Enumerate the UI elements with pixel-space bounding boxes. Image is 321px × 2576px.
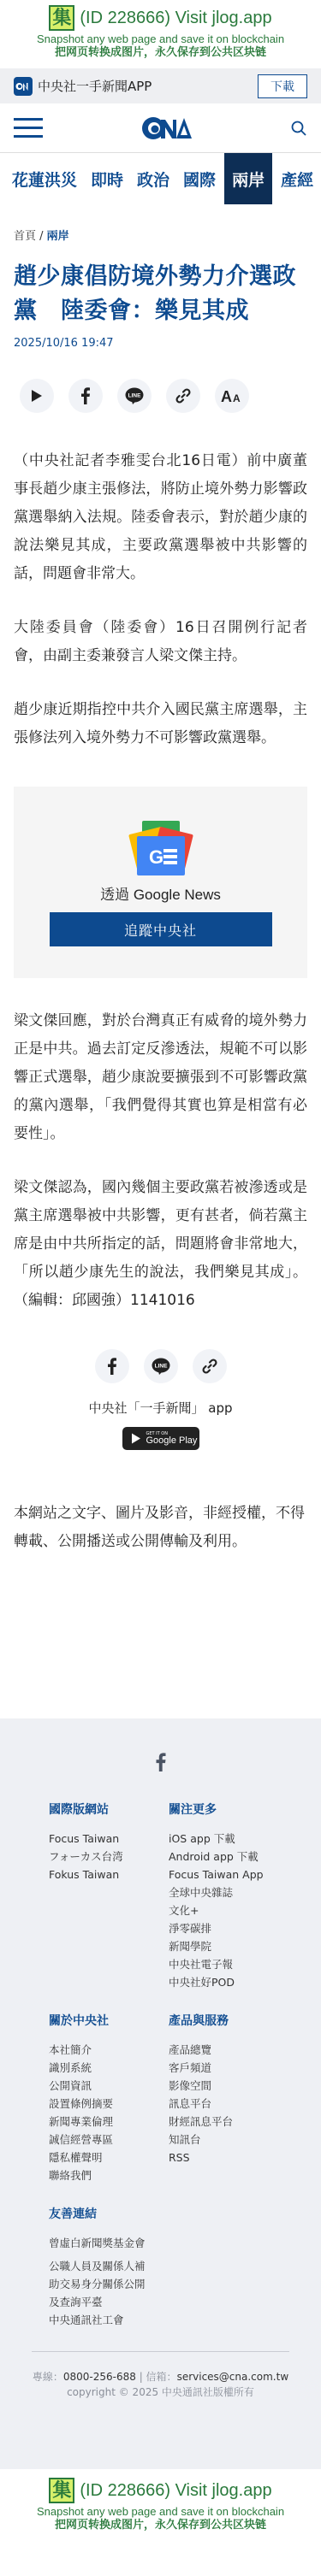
footer-divider (32, 2351, 289, 2352)
footer-link[interactable]: 全球中央雜誌 (169, 1883, 288, 1901)
footer-contact-line: 專線：0800-256-688 | 信箱：services@cna.com.tw (0, 2369, 321, 2384)
cna-logo[interactable] (142, 115, 192, 142)
article-paragraph: 大陸委員會（陸委會）16日召開例行記者會，由副主委兼發言人梁文傑主持。 (14, 614, 307, 670)
jlog-id-text: (ID 228666) Visit jlog.app (80, 2478, 271, 2503)
footer-link[interactable]: 中央社電子報 (169, 1955, 288, 1973)
footer-link[interactable]: 公職人員及關係人補助交易身分關係公開及查詢平臺 (49, 2257, 152, 2311)
font-size-button[interactable]: AA (215, 379, 249, 413)
footer-link[interactable]: 中央社好POD (169, 1973, 288, 1991)
footer-link[interactable]: 誠信經營專區 (49, 2131, 169, 2149)
footer-col-title: 關於中央社 (49, 2012, 169, 2029)
footer-col-follow-more: 關注更多 iOS app 下載 Android app 下載 Focus Tai… (169, 1801, 288, 1991)
article-paragraph: （中央社記者李雅雯台北16日電）前中廣董事長趙少康主張修法，將防止境外勢力影響政… (14, 447, 307, 588)
footer-link[interactable]: 中央通訊社工會 (49, 2311, 152, 2329)
footer-link[interactable]: 新聞學院 (169, 1937, 288, 1955)
footer-link[interactable]: 本社簡介 (49, 2041, 169, 2059)
google-play-text: GET IT ON Google Play (146, 1432, 198, 1446)
footer-col-about: 關於中央社 本社簡介 識別系統 公開資訊 設置條例摘要 新聞專業倫理 誠信經營專… (49, 2012, 169, 2184)
footer-link[interactable]: 知訊台 (169, 2131, 288, 2149)
article: 首頁 / 兩岸 趙少康倡防境外勢力介選政黨 陸委會：樂見其成 2025/10/1… (0, 227, 321, 1556)
bottom-share-bar: LINE (14, 1349, 307, 1383)
hotline-number[interactable]: 0800-256-688 (63, 2371, 136, 2383)
site-footer: 國際版網站 Focus Taiwan フォーカス台湾 Fokus Taiwan … (0, 1718, 321, 2469)
share-line-button[interactable]: LINE (117, 379, 152, 413)
footer-link[interactable]: 新聞專業倫理 (49, 2113, 169, 2131)
footer-link[interactable]: iOS app 下載 (169, 1830, 288, 1848)
cna-app-icon (14, 77, 33, 96)
article-paragraph: 梁文傑回應，對於台灣真正有威脅的境外勢力正是中共。過去訂定反滲透法，規範不可以影… (14, 1007, 307, 1148)
svg-text:G: G (149, 846, 163, 868)
footer-link[interactable]: RSS (169, 2149, 288, 2166)
nav-tab-industry[interactable]: 產經 (276, 153, 318, 204)
link-icon (202, 1359, 217, 1374)
category-nav: 花蓮洪災 即時 政治 國際 兩岸 產經 (0, 153, 321, 204)
footer-link[interactable]: 產品總覽 (169, 2041, 288, 2059)
footer-col-title: 產品與服務 (169, 2012, 288, 2029)
google-news-follow-box: G 透過 Google News 追蹤中央社 (14, 787, 307, 978)
footer-col-title: 友善連結 (49, 2205, 152, 2222)
article-paragraph: 趙少康近期指控中共介入國民黨主席選舉，主張修法列入境外勢力不可影響政黨選舉。 (14, 696, 307, 752)
jlog-banner-bottom[interactable]: 集 (ID 228666) Visit jlog.app Snapshot an… (0, 2469, 321, 2538)
mail-label: 信箱： (146, 2371, 177, 2383)
footer-link[interactable]: 曾虛白新聞獎基金會 (49, 2234, 152, 2252)
footer-link[interactable]: 公開資訊 (49, 2077, 169, 2095)
jlog-tagline-en: Snapshot any web page and save it on blo… (0, 32, 321, 46)
search-icon[interactable] (290, 120, 307, 137)
app-name: 中央社一手新聞APP (38, 77, 258, 95)
line-icon: LINE (152, 1358, 170, 1375)
google-play-big: Google Play (146, 1436, 198, 1446)
footer-col-title: 國際版網站 (49, 1801, 169, 1818)
footer-link[interactable]: 客戶頻道 (169, 2059, 288, 2077)
svg-text:A: A (233, 392, 241, 404)
footer-col-friendly-links: 友善連結 曾虛白新聞獎基金會 公職人員及關係人補助交易身分關係公開及查詢平臺 中… (49, 2205, 152, 2329)
share-facebook-button[interactable] (68, 379, 103, 413)
app-download-bar: 中央社一手新聞APP 下載 (0, 68, 321, 103)
jlog-icon: 集 (49, 2478, 74, 2503)
site-header (0, 103, 321, 153)
app-promo-label: 中央社「一手新聞」 app (14, 1399, 307, 1417)
footer-col-international: 國際版網站 Focus Taiwan フォーカス台湾 Fokus Taiwan (49, 1801, 169, 1991)
facebook-icon (156, 1753, 166, 1771)
footer-link[interactable]: 識別系統 (49, 2059, 169, 2077)
footer-copyright: copyright © 2025 中央通訊社版權所有 (0, 2384, 321, 2400)
article-date: 2025/10/16 19:47 (14, 337, 307, 350)
footer-contact: 專線：0800-256-688 | 信箱：services@cna.com.tw… (0, 2369, 321, 2400)
download-app-button[interactable]: 下載 (258, 74, 307, 98)
jlog-line1-row: 集 (ID 228666) Visit jlog.app (0, 5, 321, 31)
nav-tab-realtime[interactable]: 即時 (86, 153, 128, 204)
nav-tab-cross-strait[interactable]: 兩岸 (224, 153, 272, 204)
footer-col-products: 產品與服務 產品總覽 客戶頻道 影像空間 訊息平台 財經訊息平台 知訊台 RSS (169, 2012, 288, 2184)
facebook-icon (81, 387, 90, 404)
contact-separator: | (136, 2371, 146, 2383)
google-play-icon (131, 1433, 141, 1444)
follow-cna-button[interactable]: 追蹤中央社 (50, 912, 272, 946)
mail-address[interactable]: services@cna.com.tw (177, 2371, 289, 2383)
breadcrumb-home[interactable]: 首頁 (14, 230, 36, 243)
copy-link-button[interactable] (166, 379, 200, 413)
google-play-badge[interactable]: GET IT ON Google Play (122, 1427, 199, 1450)
footer-link[interactable]: Fokus Taiwan (49, 1866, 169, 1883)
footer-col-title: 關注更多 (169, 1801, 288, 1818)
svg-text:LINE: LINE (154, 1364, 167, 1370)
footer-link[interactable]: 隱私權聲明 (49, 2149, 169, 2166)
nav-tab-international[interactable]: 國際 (178, 153, 221, 204)
article-toolbar: LINE AA (14, 379, 307, 413)
jlog-tagline-zh: 把网页转换成图片，永久保存到公共区块链 (0, 2519, 321, 2532)
jlog-tagline-zh: 把网页转换成图片，永久保存到公共区块链 (0, 46, 321, 60)
nav-tab-politics[interactable]: 政治 (132, 153, 175, 204)
svg-text:LINE: LINE (128, 393, 141, 399)
line-icon: LINE (125, 387, 144, 404)
jlog-tagline-en: Snapshot any web page and save it on blo… (0, 2505, 321, 2519)
play-audio-button[interactable] (20, 379, 54, 413)
footer-link[interactable]: フォーカス台湾 (49, 1848, 169, 1866)
google-news-text: 透過 Google News (100, 882, 221, 904)
hotline-label: 專線： (33, 2371, 63, 2383)
nav-tab-hualien-flood[interactable]: 花蓮洪災 (7, 153, 82, 204)
svg-text:A: A (221, 388, 232, 404)
article-title: 趙少康倡防境外勢力介選政黨 陸委會：樂見其成 (14, 260, 307, 328)
footer-link[interactable]: 訊息平台 (169, 2095, 288, 2113)
google-news-icon: G (128, 821, 193, 875)
footer-link[interactable]: 聯絡我們 (49, 2166, 169, 2184)
footer-link[interactable]: Focus Taiwan (49, 1830, 169, 1848)
share-facebook-button-bottom[interactable] (95, 1349, 129, 1383)
breadcrumb: 首頁 / 兩岸 (14, 227, 307, 243)
footer-link[interactable]: 財經訊息平台 (169, 2113, 288, 2131)
footer-link[interactable]: Android app 下載 (169, 1848, 288, 1866)
copy-link-button-bottom[interactable] (193, 1349, 227, 1383)
footer-facebook-link[interactable] (0, 1753, 321, 1775)
jlog-icon: 集 (49, 5, 74, 31)
jlog-line1-row: 集 (ID 228666) Visit jlog.app (0, 2478, 321, 2503)
footer-columns: 國際版網站 Focus Taiwan フォーカス台湾 Fokus Taiwan … (0, 1801, 321, 2329)
footer-link[interactable]: 影像空間 (169, 2077, 288, 2095)
facebook-icon (108, 1358, 116, 1375)
link-icon (175, 388, 191, 404)
breadcrumb-current[interactable]: 兩岸 (47, 230, 69, 243)
share-line-button-bottom[interactable]: LINE (144, 1349, 178, 1383)
footer-link[interactable]: 設置條例摘要 (49, 2095, 169, 2113)
play-icon (31, 389, 43, 403)
footer-link[interactable]: 淨零碳排 (169, 1919, 288, 1937)
breadcrumb-separator: / (36, 230, 47, 243)
footer-link[interactable]: 文化+ (169, 1901, 288, 1919)
article-paragraph: 梁文傑認為，國內幾個主要政黨若被滲透或是黨主席選舉被中共影響，更有甚者，倘若黨主… (14, 1174, 307, 1315)
hamburger-menu-icon[interactable] (14, 118, 43, 138)
jlog-banner-top[interactable]: 集 (ID 228666) Visit jlog.app Snapshot an… (0, 0, 321, 68)
font-size-icon: AA (221, 388, 243, 404)
jlog-id-text: (ID 228666) Visit jlog.app (80, 5, 271, 31)
copyright-notice: 本網站之文字、圖片及影音，非經授權，不得轉載、公開播送或公開傳輸及利用。 (14, 1500, 307, 1556)
footer-link[interactable]: Focus Taiwan App (169, 1866, 288, 1883)
